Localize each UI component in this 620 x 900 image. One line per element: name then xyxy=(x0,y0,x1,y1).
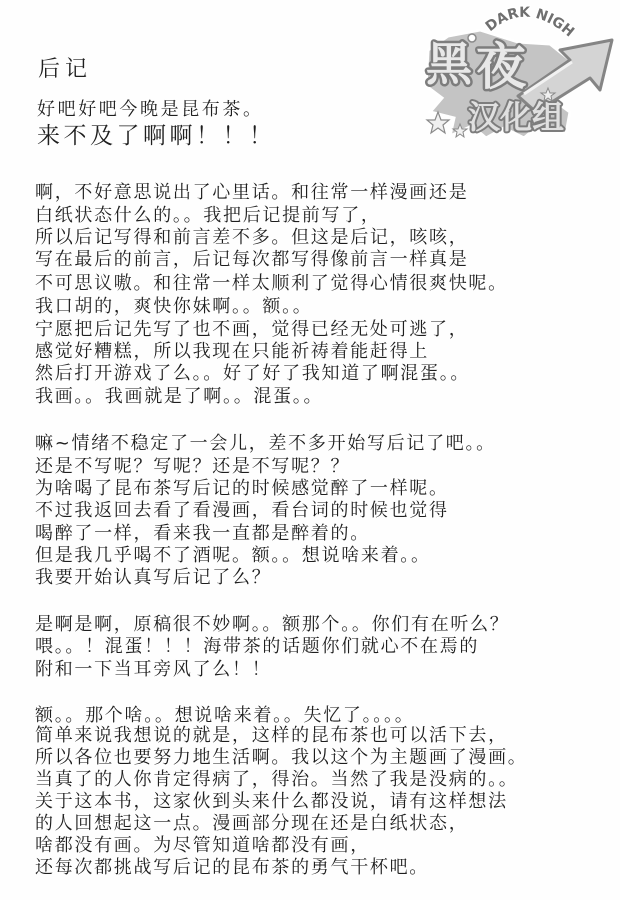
afterword-exclaim: 来不及了啊啊！！！ xyxy=(37,122,276,150)
text-line: 还是不写呢？写呢？还是不写呢？？ xyxy=(35,456,350,478)
text-line: 写在最后的前言，后记每次都写得像前言一样真是 xyxy=(35,249,468,271)
text-line: 啥都没有画。为尽管知道啥都没有画， xyxy=(35,835,370,857)
text-line: 还每次都挑战写后记的昆布茶的勇气干杯吧。 xyxy=(35,857,429,879)
afterword-title: 后记 xyxy=(38,57,92,83)
text-line: 额。。那个啥。。想说啥来着。。失忆了。。。。 xyxy=(35,705,414,727)
text-line: 简单来说我想说的就是，这样的昆布茶也可以活下去， xyxy=(35,725,508,747)
text-line: 我要开始认真写后记了么？ xyxy=(35,567,271,589)
text-line: 是啊是啊，原稿很不妙啊。。额那个。。你们有在听么？ xyxy=(35,614,510,636)
text-line: 啊，不好意思说出了心里话。和往常一样漫画还是 xyxy=(35,182,468,204)
text-line: 不可思议嗷。和往常一样太顺利了觉得心情很爽快呢。 xyxy=(35,273,508,295)
logo-char-hei: 黑 xyxy=(426,37,473,91)
text-line: 我画。。我画就是了啊。。混蛋。。 xyxy=(35,386,323,408)
text-line: 所以各位也要努力地生活啊。我以这个为主题画了漫画。 xyxy=(35,747,528,769)
text-line: 的人回想起这一点。漫画部分现在还是白纸状态， xyxy=(35,813,468,835)
text-line: 嘛~情绪不稳定了一会儿，差不多开始写后记了吧。。 xyxy=(35,433,496,455)
logo-sub-text: 汉化组 xyxy=(468,98,564,136)
afterword-page: DARK NIGHT 黑 夜 汉化组 后记 好吧好吧今晚是昆布茶。 来不及了啊啊… xyxy=(0,0,620,900)
text-line: 当真了的人你肯定得病了，得治。当然了我是没病的。。 xyxy=(35,769,519,791)
text-line: 喝醉了一样，看来我一直都是醉着的。 xyxy=(35,523,370,545)
text-line: 但是我几乎喝不了酒呢。额。。想说啥来着。。 xyxy=(35,545,431,567)
afterword-intro: 好吧好吧今晚是昆布茶。 xyxy=(37,99,264,121)
text-line: 喂。。！混蛋！！！海带茶的话题你们就心不在焉的 xyxy=(35,636,479,658)
text-line: 宁愿把后记先写了也不画，觉得已经无处可逃了， xyxy=(35,319,468,341)
text-line: 不过我返回去看了看漫画，看台词的时候也觉得 xyxy=(35,500,449,522)
text-line: 然后打开游戏了么。。好了好了我知道了啊混蛋。。 xyxy=(35,363,470,385)
text-line: 附和一下当耳旁风了么！！ xyxy=(35,659,271,681)
text-line: 我口胡的，爽快你妹啊。。额。。 xyxy=(35,296,313,318)
text-line: 关于这本书，这家伙到头来什么都没说，请有这样想法 xyxy=(35,791,508,813)
text-line: 白纸状态什么的。。我把后记提前写了， xyxy=(35,205,381,227)
text-line: 所以后记写得和前言差不多。但这是后记，咳咳， xyxy=(35,227,468,249)
dark-night-logo: DARK NIGHT 黑 夜 汉化组 xyxy=(420,0,620,140)
text-line: 为啥喝了昆布茶写后记的时候感觉醉了一样呢。 xyxy=(35,478,449,500)
logo-char-ye: 夜 xyxy=(476,38,526,96)
text-line: 感觉好糟糕，所以我现在只能祈祷着能赶得上 xyxy=(35,341,429,363)
